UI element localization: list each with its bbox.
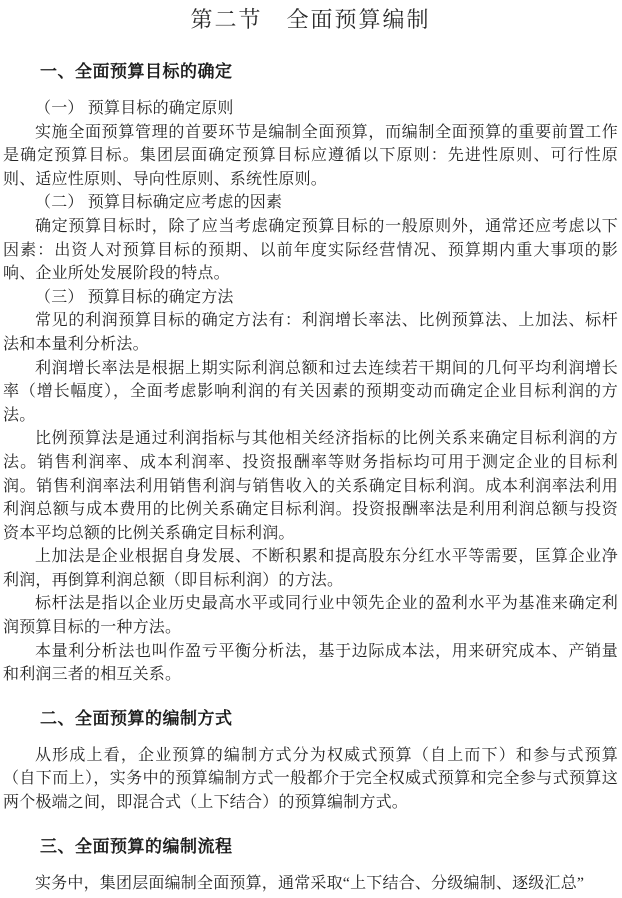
paragraph: 利润增长率法是根据上期实际利润总额和过去连续若干期间的几何平均利润增长率（增长幅…	[3, 357, 618, 428]
subheading-2: （二） 预算目标确定应考虑的因素	[3, 191, 618, 215]
paragraph: 实务中，集团层面编制全面预算，通常采取“上下结合、分级编制、逐级汇总”	[3, 872, 618, 896]
paragraph: 本量利分析法也叫作盈亏平衡分析法，基于边际成本法，用来研究成本、产销量和利润三者…	[3, 640, 618, 687]
paragraph: 实施全面预算管理的首要环节是编制全面预算，而编制全面预算的重要前置工作是确定预算…	[3, 121, 618, 192]
section-budget-process: 三、全面预算的编制流程 实务中，集团层面编制全面预算，通常采取“上下结合、分级编…	[3, 837, 618, 896]
section-budget-method: 二、全面预算的编制方式 从形成上看，企业预算的编制方式分为权威式预算（自上而下）…	[3, 709, 618, 815]
subheading-3: （三） 预算目标的确定方法	[3, 286, 618, 310]
page-title: 第二节 全面预算编制	[3, 9, 618, 33]
subheading-1: （一） 预算目标的确定原则	[3, 97, 618, 121]
document-page: 第二节 全面预算编制 一、全面预算目标的确定 （一） 预算目标的确定原则 实施全…	[0, 0, 622, 898]
paragraph: 从形成上看，企业预算的编制方式分为权威式预算（自上而下）和参与式预算（自下而上）…	[3, 744, 618, 815]
paragraph: 上加法是企业根据自身发展、不断积累和提高股东分红水平等需要，匡算企业净利润，再倒…	[3, 545, 618, 592]
paragraph: 确定预算目标时，除了应当考虑确定预算目标的一般原则外，通常还应考虑以下因素：出资…	[3, 215, 618, 286]
section-heading-1: 一、全面预算目标的确定	[40, 62, 618, 82]
paragraph: 标杆法是指以企业历史最高水平或同行业中领先企业的盈利水平为基准来确定利润预算目标…	[3, 592, 618, 639]
section-heading-2: 二、全面预算的编制方式	[40, 709, 618, 729]
section-budget-target: 一、全面预算目标的确定 （一） 预算目标的确定原则 实施全面预算管理的首要环节是…	[3, 62, 618, 687]
paragraph: 常见的利润预算目标的确定方法有：利润增长率法、比例预算法、上加法、标杆法和本量利…	[3, 309, 618, 356]
section-heading-3: 三、全面预算的编制流程	[40, 837, 618, 857]
paragraph: 比例预算法是通过利润指标与其他相关经济指标的比例关系来确定目标利润的方法。销售利…	[3, 427, 618, 545]
